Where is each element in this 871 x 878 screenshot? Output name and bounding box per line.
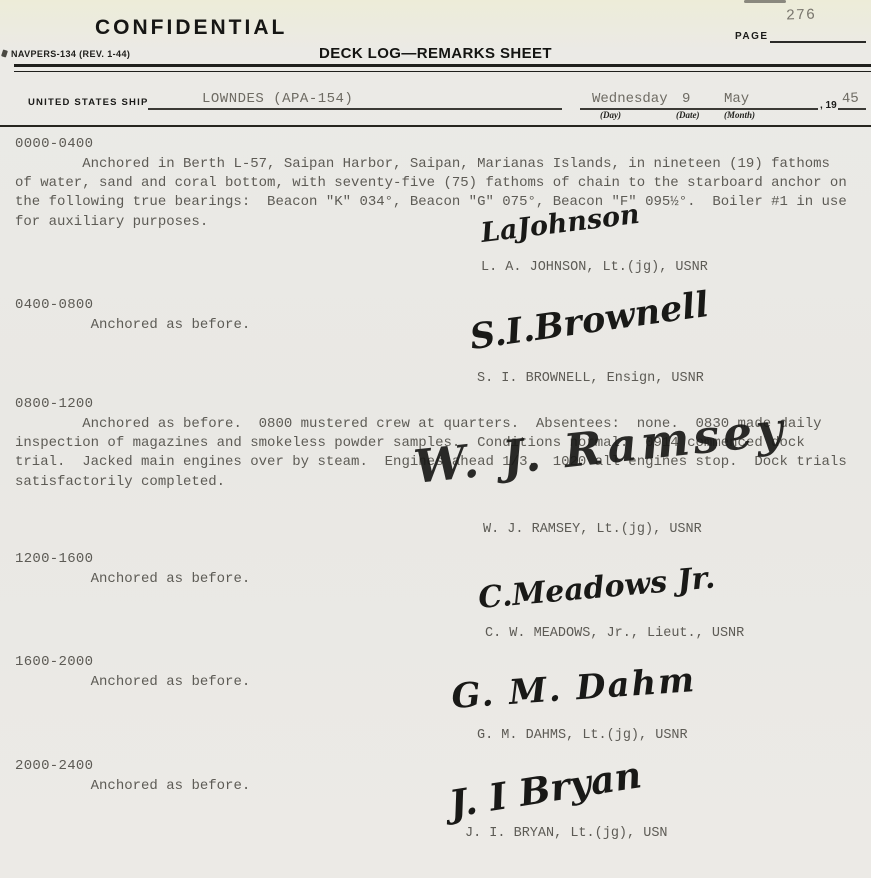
entry-remarks-text: Anchored as before. <box>15 316 863 335</box>
date-blank-line: Wednesday 9 May <box>580 90 818 110</box>
ship-name: LOWNDES (APA-154) <box>202 91 353 107</box>
page-number: 276 <box>786 6 817 24</box>
page-label: PAGE <box>735 31 769 42</box>
entry-time-range: 0400-0800 <box>15 297 863 313</box>
log-entry-0800-1200: 0800-1200 Anchored as before. 0800 muste… <box>15 396 863 492</box>
header-bottom-rule <box>0 125 871 127</box>
log-entry-1200-1600: 1200-1600 Anchored as before. C.Meadows … <box>15 551 863 589</box>
classification-stamp: CONFIDENTIAL <box>95 16 287 40</box>
entry-remarks-text: Anchored in Berth L-57, Saipan Harbor, S… <box>15 155 863 232</box>
scan-smudge <box>744 0 786 3</box>
ship-label: UNITED STATES SHIP <box>28 97 148 108</box>
entry-remarks-text: Anchored as before. <box>15 673 863 692</box>
typed-officer-name: J. I. BRYAN, Lt.(jg), USN <box>465 826 668 841</box>
year-value: 45 <box>842 91 860 108</box>
entry-time-range: 0000-0400 <box>15 136 863 152</box>
date-number: 9 <box>682 91 690 107</box>
ship-name-blank-line: LOWNDES (APA-154) <box>148 90 562 110</box>
page-number-blank-line <box>770 41 866 43</box>
date-day: Wednesday <box>592 91 668 107</box>
year-blank-line: 45 <box>838 90 866 110</box>
handwritten-signature: C.Meadows Jr. <box>477 560 717 616</box>
entry-time-range: 1200-1600 <box>15 551 863 567</box>
typed-officer-name: C. W. MEADOWS, Jr., Lieut., USNR <box>485 626 744 641</box>
entry-time-range: 1600-2000 <box>15 654 863 670</box>
log-entry-2000-2400: 2000-2400 Anchored as before. J. I Bryan… <box>15 758 863 796</box>
handwritten-signature: S.I.Brownell <box>467 284 711 358</box>
date-label: (Date) <box>676 110 700 120</box>
log-entry-1600-2000: 1600-2000 Anchored as before. G. M. Dahm… <box>15 654 863 692</box>
entry-remarks-text: Anchored as before. <box>15 570 863 589</box>
month-label: (Month) <box>724 110 755 120</box>
deck-log-remarks-sheet: CONFIDENTIAL 276 PAGE NAVPERS-134 (REV. … <box>0 0 871 878</box>
year-prefix: , 19 <box>820 100 837 111</box>
log-entry-0000-0400: 0000-0400 Anchored in Berth L-57, Saipan… <box>15 136 863 232</box>
entry-time-range: 2000-2400 <box>15 758 863 774</box>
entry-remarks-text: Anchored as before. <box>15 777 863 796</box>
day-label: (Day) <box>600 110 621 120</box>
typed-officer-name: G. M. DAHMS, Lt.(jg), USNR <box>477 728 688 743</box>
typed-officer-name: W. J. RAMSEY, Lt.(jg), USNR <box>483 522 702 537</box>
double-rule <box>14 64 871 72</box>
form-title: DECK LOG—REMARKS SHEET <box>0 45 871 62</box>
log-entry-0400-0800: 0400-0800 Anchored as before. S.I.Browne… <box>15 297 863 335</box>
typed-officer-name: L. A. JOHNSON, Lt.(jg), USNR <box>481 260 708 275</box>
typed-officer-name: S. I. BROWNELL, Ensign, USNR <box>477 371 704 386</box>
date-month: May <box>724 91 749 107</box>
